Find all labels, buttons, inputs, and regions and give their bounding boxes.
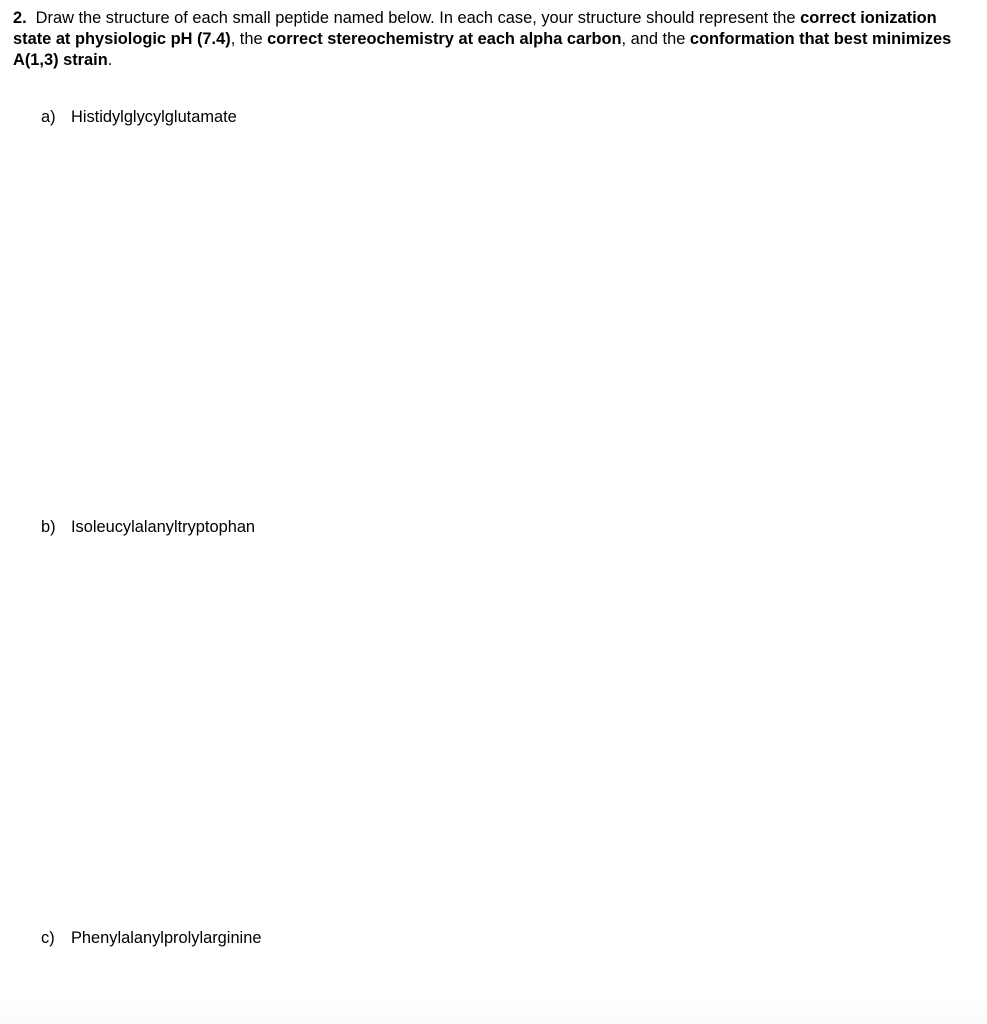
prompt-text-3: , and the bbox=[622, 30, 690, 48]
part-a-peptide-name: Histidylglycylglutamate bbox=[71, 108, 237, 126]
prompt-text-2: , the bbox=[231, 30, 267, 48]
part-c: c)Phenylalanylprolylarginine bbox=[41, 928, 261, 949]
part-b-peptide-name: Isoleucylalanyltryptophan bbox=[71, 518, 255, 536]
part-a: a)Histidylglycylglutamate bbox=[41, 107, 237, 128]
prompt-emphasis-stereochemistry: correct stereochemistry at each alpha ca… bbox=[267, 30, 621, 48]
part-a-label: a) bbox=[41, 107, 71, 128]
question-prompt: 2.Draw the structure of each small pepti… bbox=[13, 8, 978, 71]
part-b: b)Isoleucylalanyltryptophan bbox=[41, 517, 255, 538]
part-c-peptide-name: Phenylalanylprolylarginine bbox=[71, 929, 261, 947]
prompt-text-1: Draw the structure of each small peptide… bbox=[36, 9, 800, 27]
part-b-label: b) bbox=[41, 517, 71, 538]
question-number: 2. bbox=[13, 9, 27, 27]
part-c-label: c) bbox=[41, 928, 71, 949]
prompt-text-4: . bbox=[108, 51, 113, 69]
